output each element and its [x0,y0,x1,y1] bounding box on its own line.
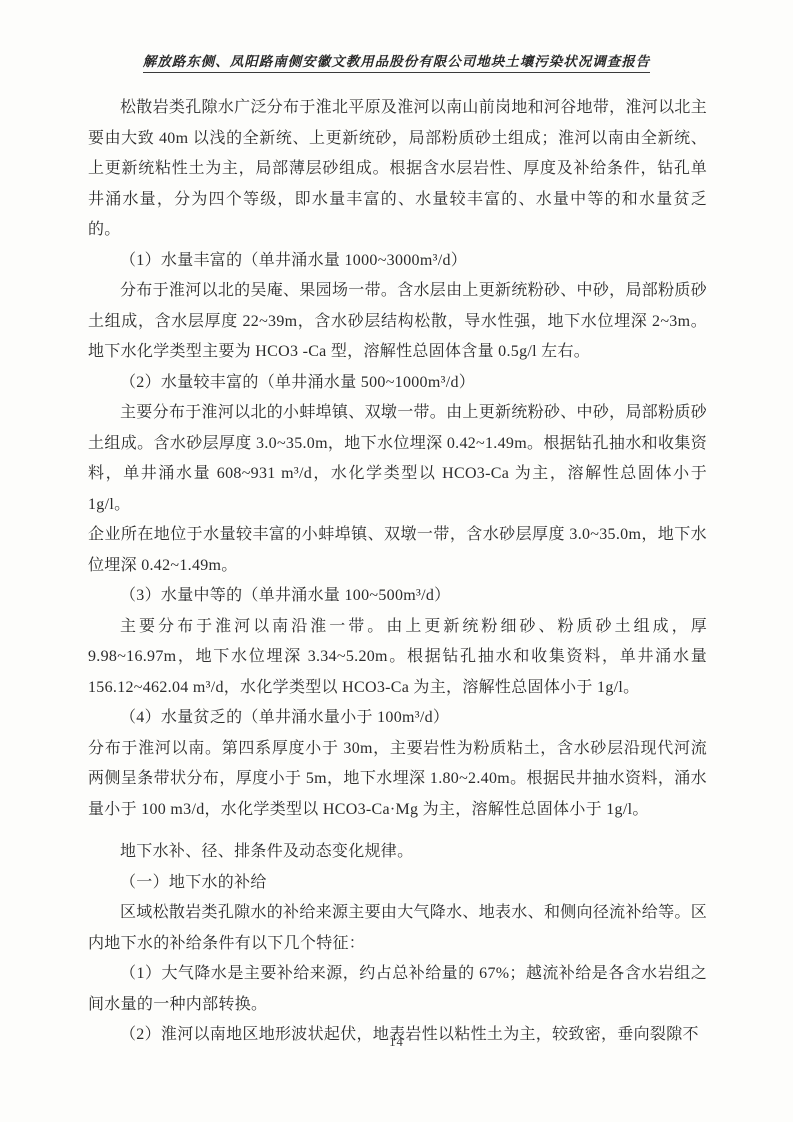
paragraph-water-fairly-abundant: 主要分布于淮河以北的小蚌埠镇、双墩一带。由上更新统粉砂、中砂，局部粉质砂土组成。… [88,398,707,520]
paragraph-water-moderate: 主要分布于淮河以南沿淮一带。由上更新统粉细砂、粉质砂土组成，厚 9.98~16.… [88,612,707,704]
page-header: 解放路东侧、凤阳路南侧安徽文教用品股份有限公司地块土壤污染状况调查报告 [0,50,793,73]
heading-water-moderate: （3）水量中等的（单井涌水量 100~500m³/d） [88,581,707,612]
report-title: 解放路东侧、凤阳路南侧安徽文教用品股份有限公司地块土壤污染状况调查报告 [143,50,651,73]
heading-water-abundant: （1）水量丰富的（单井涌水量 1000~3000m³/d） [88,246,707,277]
document-page: 解放路东侧、凤阳路南侧安徽文教用品股份有限公司地块土壤污染状况调查报告 松散岩类… [0,0,793,1122]
paragraph-recharge-runoff-discharge: 地下水补、径、排条件及动态变化规律。 [88,837,707,868]
paragraph-water-poor: 分布于淮河以南。第四系厚度小于 30m，主要岩性为粉质粘土，含水砂层沿现代河流两… [88,734,707,826]
paragraph-intro: 松散岩类孔隙水广泛分布于淮北平原及淮河以南山前岗地和河谷地带，淮河以北主要由大致… [88,93,707,246]
heading-water-poor: （4）水量贫乏的（单井涌水量小于 100m³/d） [88,703,707,734]
page-number: 14 [389,1035,404,1049]
paragraph-feature-1: （1）大气降水是主要补给来源，约占总补给量的 67%；越流补给是各含水岩组之间水… [88,959,707,1020]
heading-groundwater-recharge: （一）地下水的补给 [88,868,707,899]
page-footer: 14 [0,1033,793,1051]
paragraph-recharge-sources: 区域松散岩类孔隙水的补给来源主要由大气降水、地表水、和侧向径流补给等。区内地下水… [88,898,707,959]
document-body: 松散岩类孔隙水广泛分布于淮北平原及淮河以南山前岗地和河谷地带，淮河以北主要由大致… [88,93,707,1051]
paragraph-water-abundant: 分布于淮河以北的吴庵、果园场一带。含水层由上更新统粉砂、中砂，局部粉质砂土组成，… [88,276,707,368]
heading-water-fairly-abundant: （2）水量较丰富的（单井涌水量 500~1000m³/d） [88,368,707,399]
paragraph-enterprise-location: 企业所在地位于水量较丰富的小蚌埠镇、双墩一带，含水砂层厚度 3.0~35.0m，… [88,520,707,581]
